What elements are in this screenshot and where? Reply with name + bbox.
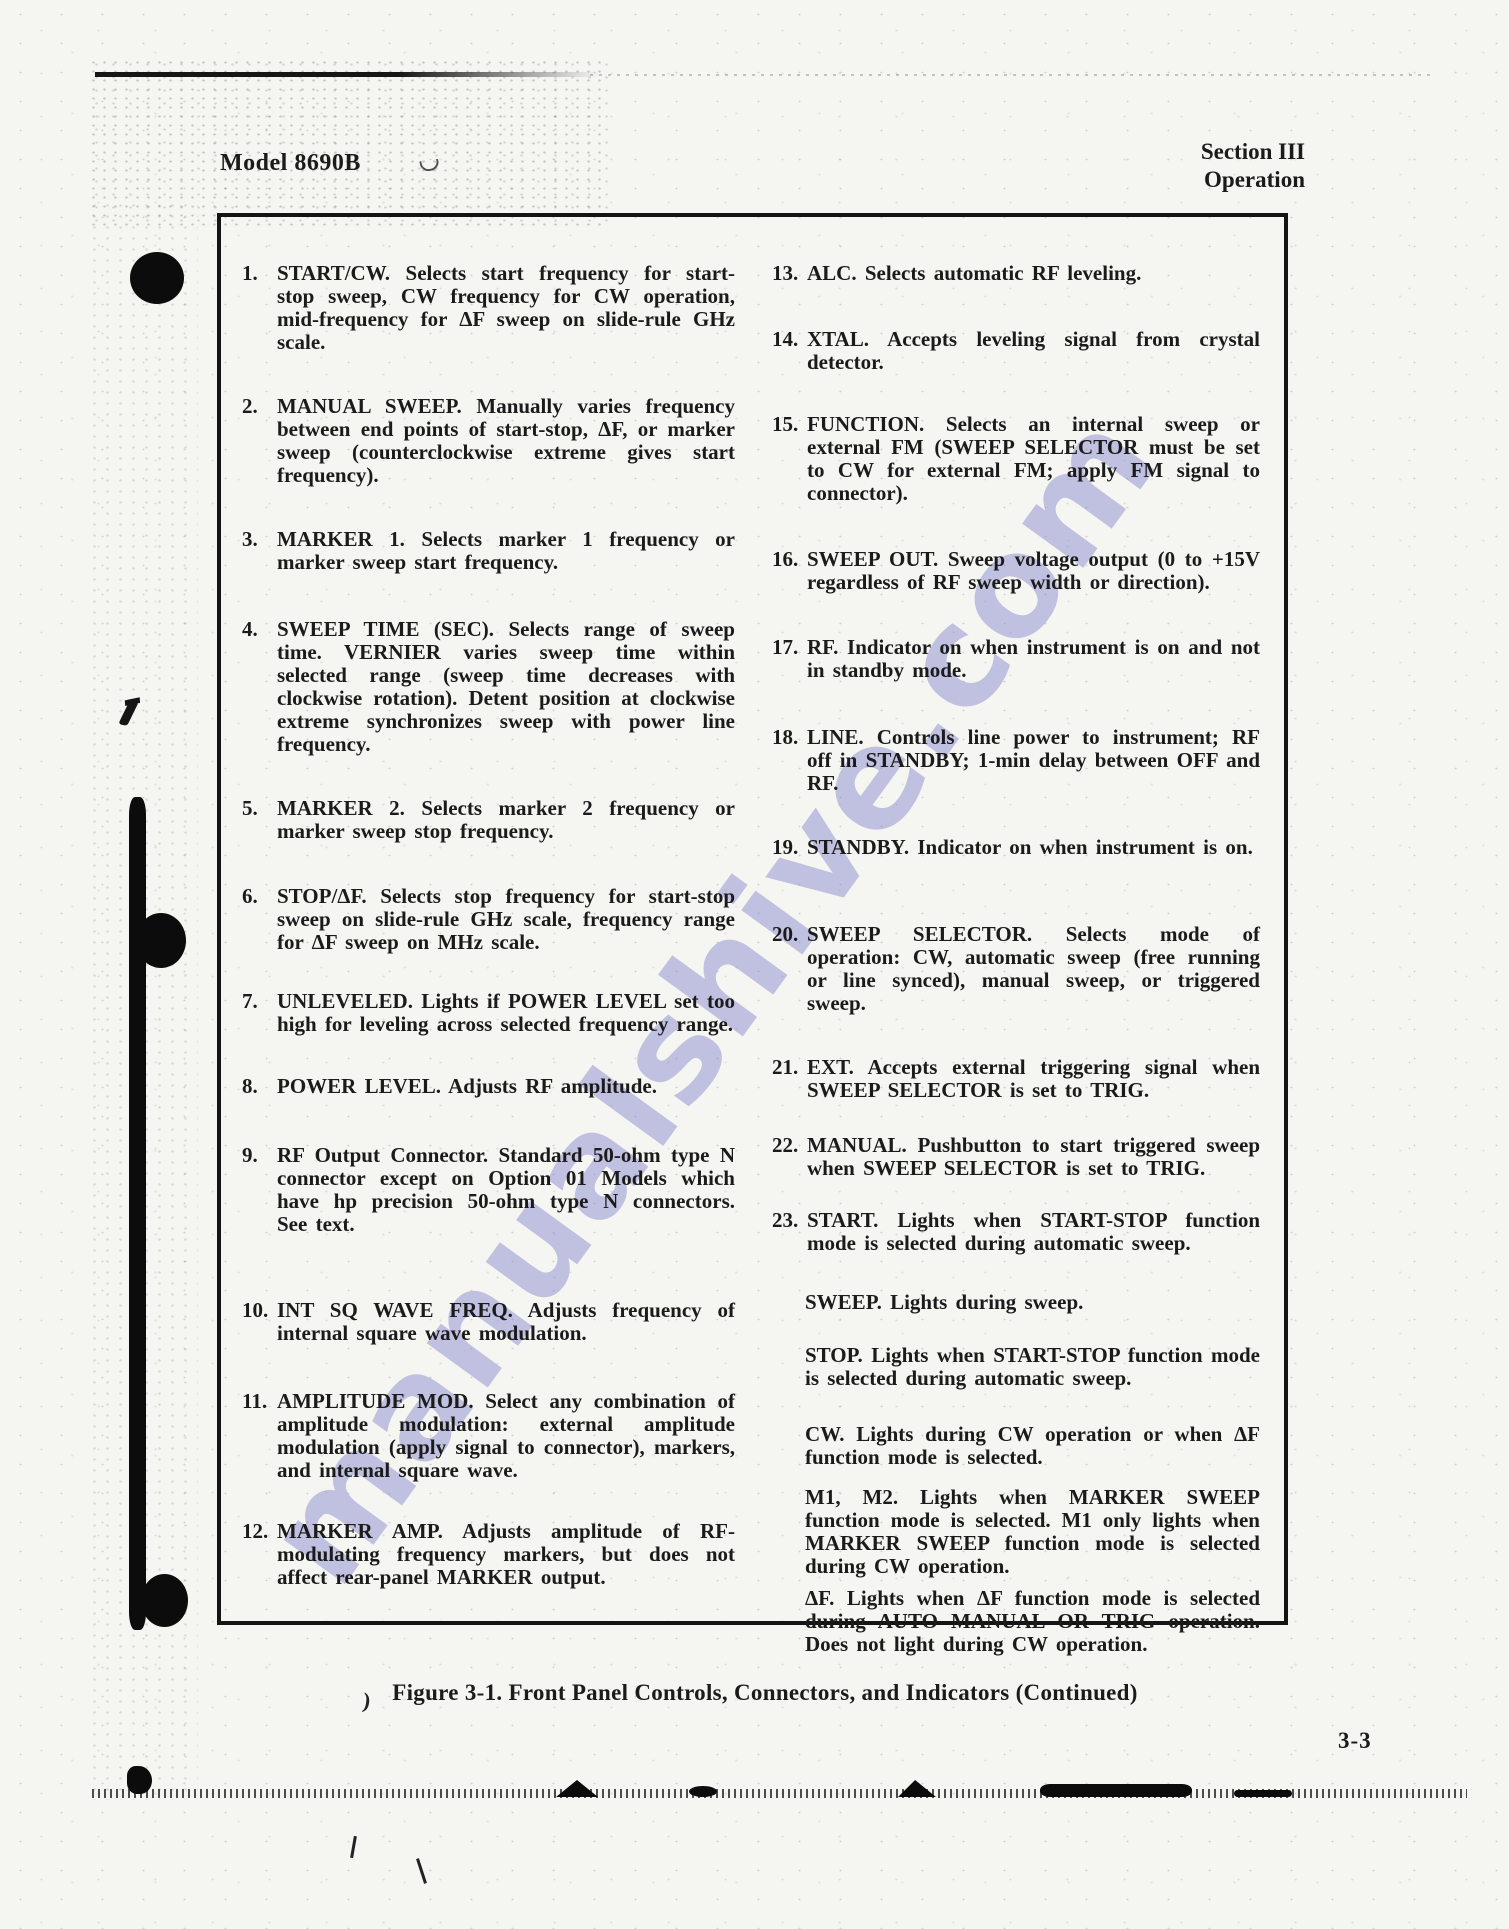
item-number: 19. xyxy=(772,836,798,859)
scan-stray-mark xyxy=(350,1836,357,1858)
item-number: 16. xyxy=(772,548,798,571)
header-section: Section III Operation xyxy=(1100,138,1305,194)
scan-edge-bar xyxy=(129,797,146,1630)
header-section-line2: Operation xyxy=(1100,166,1305,194)
item-text: M1, M2. Lights when MARKER SWEEP functio… xyxy=(805,1485,1260,1578)
sub-item-stop: STOP. Lights when START-STOP function mo… xyxy=(772,1344,1260,1390)
item-number: 5. xyxy=(242,797,258,820)
item-number: 3. xyxy=(242,528,258,551)
right-column: 13.ALC. Selects automatic RF leveling. 1… xyxy=(772,262,1260,1656)
item-number: 9. xyxy=(242,1144,258,1167)
item-number: 10. xyxy=(242,1299,268,1322)
item-number: 12. xyxy=(242,1520,268,1543)
list-item-21: 21.EXT. Accepts external triggering sign… xyxy=(772,1056,1260,1102)
item-number: 6. xyxy=(242,885,258,908)
item-number: 11. xyxy=(242,1390,267,1413)
scanned-manual-page: Model 8690B Section III Operation manual… xyxy=(0,0,1509,1929)
list-item-2: 2.MANUAL SWEEP. Manually varies frequenc… xyxy=(242,395,735,487)
scan-bottom-blob xyxy=(1040,1784,1192,1797)
list-item-19: 19.STANDBY. Indicator on when instrument… xyxy=(772,836,1260,859)
item-number: 1. xyxy=(242,262,258,285)
scan-artifact-line xyxy=(95,72,600,77)
item-text: MARKER 2. Selects marker 2 frequency or … xyxy=(277,796,735,843)
item-text: STOP. Lights when START-STOP function mo… xyxy=(805,1343,1260,1390)
list-item-7: 7.UNLEVELED. Lights if POWER LEVEL set t… xyxy=(242,990,735,1036)
item-text: MARKER 1. Selects marker 1 frequency or … xyxy=(277,527,735,574)
item-text: ΔF. Lights when ΔF function mode is sele… xyxy=(805,1586,1260,1656)
item-number: 18. xyxy=(772,726,798,749)
item-text: ALC. Selects automatic RF leveling. xyxy=(807,261,1141,285)
item-number: 7. xyxy=(242,990,258,1013)
figure-caption: Figure 3-1. Front Panel Controls, Connec… xyxy=(250,1680,1280,1706)
scan-bottom-blob xyxy=(1234,1790,1292,1797)
list-item-3: 3.MARKER 1. Selects marker 1 frequency o… xyxy=(242,528,735,574)
item-text: UNLEVELED. Lights if POWER LEVEL set too… xyxy=(277,989,735,1036)
list-item-8: 8.POWER LEVEL. Adjusts RF amplitude. xyxy=(242,1075,735,1098)
item-text: POWER LEVEL. Adjusts RF amplitude. xyxy=(277,1074,657,1098)
item-text: MARKER AMP. Adjusts amplitude of RF-modu… xyxy=(277,1519,735,1589)
list-item-15: 15.FUNCTION. Selects an internal sweep o… xyxy=(772,413,1260,505)
sub-item-delta-f: ΔF. Lights when ΔF function mode is sele… xyxy=(772,1587,1260,1656)
item-number: 15. xyxy=(772,413,798,436)
item-text: STANDBY. Indicator on when instrument is… xyxy=(807,835,1253,859)
item-number: 4. xyxy=(242,618,258,641)
list-item-23: 23.START. Lights when START-STOP functio… xyxy=(772,1209,1260,1255)
sub-item-sweep: SWEEP. Lights during sweep. xyxy=(772,1291,1260,1314)
item-number: 17. xyxy=(772,636,798,659)
item-text: MANUAL SWEEP. Manually varies frequency … xyxy=(277,394,735,487)
sub-item-cw: CW. Lights during CW operation or when Δ… xyxy=(772,1423,1260,1469)
list-item-20: 20.SWEEP SELECTOR. Selects mode of opera… xyxy=(772,923,1260,1015)
item-number: 20. xyxy=(772,923,798,946)
item-text: RF. Indicator on when instrument is on a… xyxy=(807,635,1260,682)
list-item-6: 6.STOP/ΔF. Selects stop frequency for st… xyxy=(242,885,735,954)
list-item-17: 17.RF. Indicator on when instrument is o… xyxy=(772,636,1260,682)
left-column: 1.START/CW. Selects start frequency for … xyxy=(242,262,735,1589)
item-text: AMPLITUDE MOD. Select any combination of… xyxy=(277,1389,735,1482)
item-number: 23. xyxy=(772,1209,798,1232)
list-item-5: 5.MARKER 2. Selects marker 2 frequency o… xyxy=(242,797,735,843)
list-item-10: 10.INT SQ WAVE FREQ. Adjusts frequency o… xyxy=(242,1299,735,1345)
list-item-22: 22.MANUAL. Pushbutton to start triggered… xyxy=(772,1134,1260,1180)
list-item-4: 4.SWEEP TIME (SEC). Selects range of swe… xyxy=(242,618,735,756)
list-item-1: 1.START/CW. Selects start frequency for … xyxy=(242,262,735,354)
item-text: SWEEP SELECTOR. Selects mode of operatio… xyxy=(807,922,1260,1015)
item-text: SWEEP. Lights during sweep. xyxy=(805,1290,1083,1314)
scan-artifact-line-faint xyxy=(590,74,1430,76)
list-item-16: 16.SWEEP OUT. Sweep voltage output (0 to… xyxy=(772,548,1260,594)
punch-hole xyxy=(130,252,184,304)
list-item-14: 14.XTAL. Accepts leveling signal from cr… xyxy=(772,328,1260,374)
item-number: 13. xyxy=(772,262,798,285)
item-text: SWEEP TIME (SEC). Selects range of sweep… xyxy=(277,617,735,756)
scan-stray-mark xyxy=(416,1858,427,1884)
list-item-9: 9.RF Output Connector. Standard 50-ohm t… xyxy=(242,1144,735,1236)
scan-bottom-blob xyxy=(689,1786,717,1797)
header-section-line1: Section III xyxy=(1100,138,1305,166)
item-text: START/CW. Selects start frequency for st… xyxy=(277,261,735,354)
list-item-11: 11.AMPLITUDE MOD. Select any combination… xyxy=(242,1390,735,1482)
item-number: 21. xyxy=(772,1056,798,1079)
item-text: STOP/ΔF. Selects stop frequency for star… xyxy=(277,884,735,954)
item-number: 22. xyxy=(772,1134,798,1157)
item-number: 8. xyxy=(242,1075,258,1098)
item-text: SWEEP OUT. Sweep voltage output (0 to +1… xyxy=(807,547,1260,594)
item-text: INT SQ WAVE FREQ. Adjusts frequency of i… xyxy=(277,1298,735,1345)
item-number: 2. xyxy=(242,395,258,418)
header-model: Model 8690B xyxy=(220,150,361,177)
list-item-18: 18.LINE. Controls line power to instrume… xyxy=(772,726,1260,795)
page-number: 3-3 xyxy=(1338,1728,1372,1754)
item-text: CW. Lights during CW operation or when Δ… xyxy=(805,1422,1260,1469)
item-text: MANUAL. Pushbutton to start triggered sw… xyxy=(807,1133,1260,1180)
item-text: FUNCTION. Selects an internal sweep or e… xyxy=(807,412,1260,505)
sub-item-m1-m2: M1, M2. Lights when MARKER SWEEP functio… xyxy=(772,1486,1260,1578)
list-item-13: 13.ALC. Selects automatic RF leveling. xyxy=(772,262,1260,285)
item-text: EXT. Accepts external triggering signal … xyxy=(807,1055,1260,1102)
item-number: 14. xyxy=(772,328,798,351)
item-text: START. Lights when START-STOP function m… xyxy=(807,1208,1260,1255)
item-text: LINE. Controls line power to instrument;… xyxy=(807,725,1260,795)
item-text: XTAL. Accepts leveling signal from cryst… xyxy=(807,327,1260,374)
item-text: RF Output Connector. Standard 50-ohm typ… xyxy=(277,1143,735,1236)
list-item-12: 12.MARKER AMP. Adjusts amplitude of RF-m… xyxy=(242,1520,735,1589)
punch-hole xyxy=(141,1574,188,1627)
